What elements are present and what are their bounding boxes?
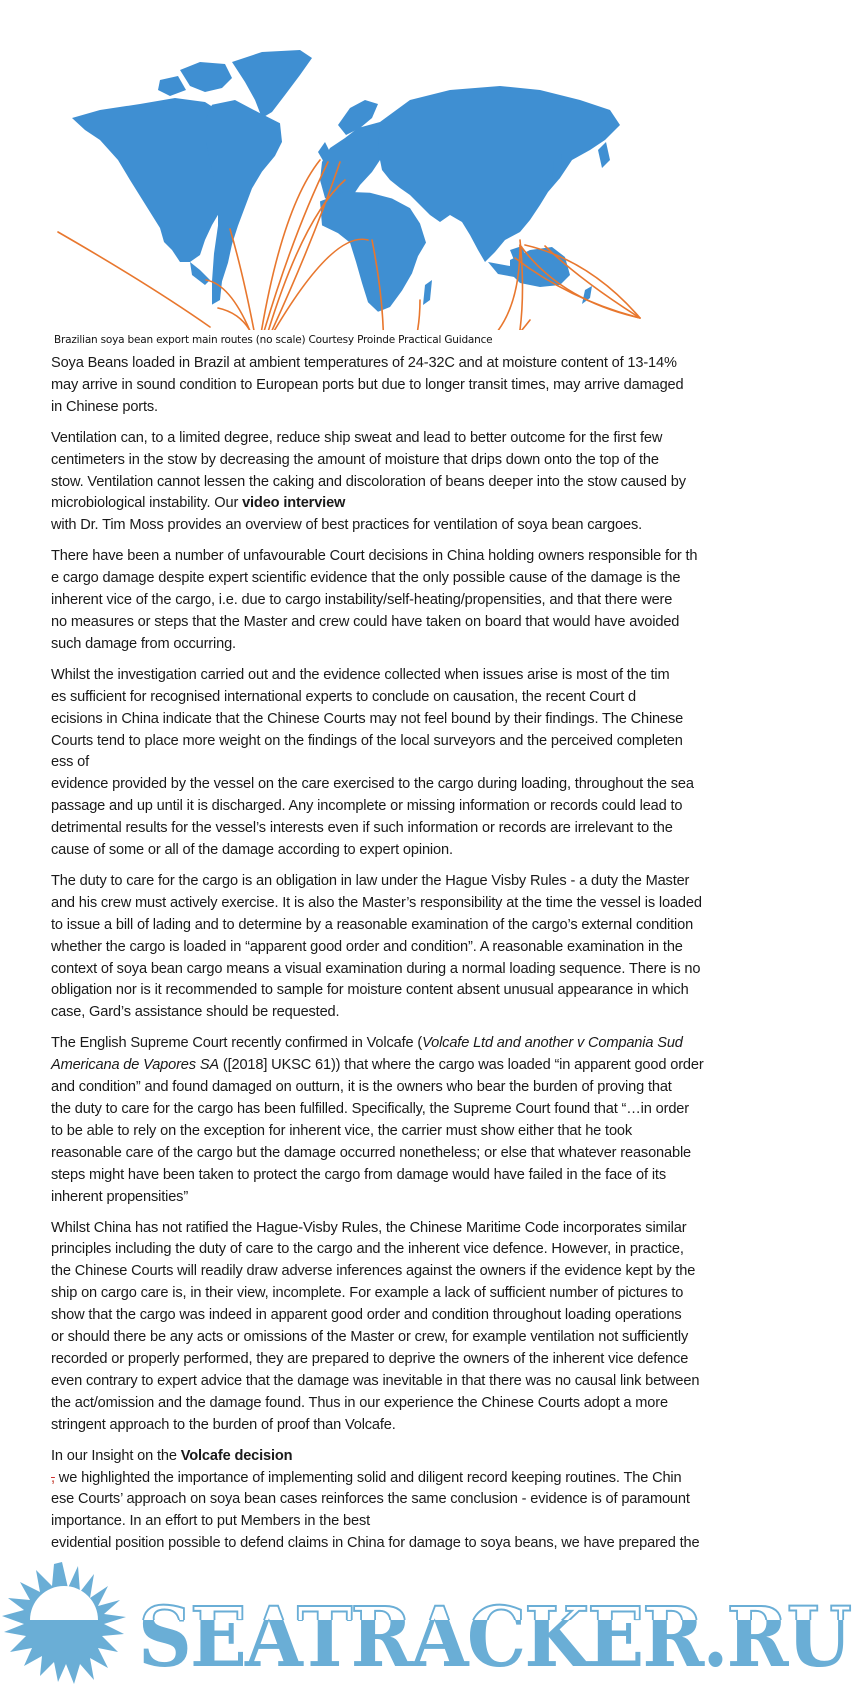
- text-line: with Dr. Tim Moss provides an overview o…: [51, 515, 811, 537]
- text-line: the act/omission and the damage found. T…: [51, 1393, 811, 1415]
- video-interview-link[interactable]: video interview: [242, 495, 345, 511]
- text-line: inherent propensities”: [51, 1187, 811, 1209]
- text-line: Soya Beans loaded in Brazil at ambient t…: [51, 353, 811, 375]
- text-fragment: we highlighted the importance of impleme…: [55, 1470, 682, 1486]
- text-line: Whilst the investigation carried out and…: [51, 665, 811, 687]
- text-line: There have been a number of unfavourable…: [51, 546, 811, 568]
- text-line: ese Courts’ approach on soya bean cases …: [51, 1489, 811, 1511]
- text-fragment: ([2018] UKSC 61)) that where the cargo w…: [219, 1057, 704, 1073]
- text-fragment: The English Supreme Court recently confi…: [51, 1035, 422, 1051]
- text-line: e cargo damage despite expert scientific…: [51, 568, 811, 590]
- text-line: The duty to care for the cargo is an obl…: [51, 871, 811, 893]
- text-line: and his crew must actively exercise. It …: [51, 893, 811, 915]
- paragraph-duty-to-care: The duty to care for the cargo is an obl…: [51, 871, 811, 1024]
- text-line: to be able to rely on the exception for …: [51, 1121, 811, 1143]
- world-landmass: [72, 50, 620, 312]
- soya-export-routes-map: [0, 0, 868, 330]
- text-line: no measures or steps that the Master and…: [51, 612, 811, 634]
- text-line: and condition” and found damaged on outt…: [51, 1077, 811, 1099]
- text-line: show that the cargo was indeed in appare…: [51, 1305, 811, 1327]
- text-line: recorded or properly performed, they are…: [51, 1349, 811, 1371]
- text-line: ship on cargo care is, in their view, in…: [51, 1283, 811, 1305]
- seatracker-watermark: SEATRACKER.RU SEATRACKER.RU: [0, 1562, 868, 1684]
- paragraph-soya-transit: Soya Beans loaded in Brazil at ambient t…: [51, 353, 811, 419]
- text-line: evidential position possible to defend c…: [51, 1533, 811, 1555]
- text-line: principles including the duty of care to…: [51, 1239, 811, 1261]
- text-line: the Chinese Courts will readily draw adv…: [51, 1261, 811, 1283]
- text-line: importance. In an effort to put Members …: [51, 1511, 811, 1533]
- text-line: stow. Ventilation cannot lessen the caki…: [51, 472, 811, 494]
- paragraph-volcafe-ruling: The English Supreme Court recently confi…: [51, 1033, 811, 1208]
- article-body: Soya Beans loaded in Brazil at ambient t…: [51, 353, 811, 1564]
- paragraph-insight: In our Insight on the Volcafe decision ,…: [51, 1446, 811, 1556]
- watermark-text: SEATRACKER.RU SEATRACKER.RU: [138, 1590, 850, 1684]
- case-citation: Volcafe Ltd and another v Compania Sud: [422, 1035, 683, 1051]
- text-line: cause of some or all of the damage accor…: [51, 840, 811, 862]
- paragraph-chinese-maritime-code: Whilst China has not ratified the Hague-…: [51, 1218, 811, 1437]
- text-line: The English Supreme Court recently confi…: [51, 1033, 811, 1055]
- paragraph-investigation: Whilst the investigation carried out and…: [51, 665, 811, 862]
- case-citation: Americana de Vapores SA: [51, 1057, 219, 1073]
- text-line: such damage from occurring.: [51, 634, 811, 656]
- text-line: es sufficient for recognised internation…: [51, 687, 811, 709]
- text-line: , we highlighted the importance of imple…: [51, 1468, 811, 1490]
- text-line: or should there be any acts or omissions…: [51, 1327, 811, 1349]
- text-line: detrimental results for the vessel’s int…: [51, 818, 811, 840]
- text-line: microbiological instability. Our video i…: [51, 493, 811, 515]
- text-line: may arrive in sound condition to Europea…: [51, 375, 811, 397]
- map-caption: Brazilian soya bean export main routes (…: [54, 334, 492, 346]
- text-line: evidence provided by the vessel on the c…: [51, 774, 811, 796]
- text-line: Ventilation can, to a limited degree, re…: [51, 428, 811, 450]
- text-line: centimeters in the stow by decreasing th…: [51, 450, 811, 472]
- text-line: steps might have been taken to protect t…: [51, 1165, 811, 1187]
- text-line: passage and up until it is discharged. A…: [51, 796, 811, 818]
- sun-icon: [2, 1562, 126, 1684]
- text-line: in Chinese ports.: [51, 397, 811, 419]
- text-line: obligation nor is it recommended to samp…: [51, 980, 811, 1002]
- text-line: reasonable care of the cargo but the dam…: [51, 1143, 811, 1165]
- text-line: Americana de Vapores SA ([2018] UKSC 61)…: [51, 1055, 811, 1077]
- text-fragment: In our Insight on the: [51, 1448, 181, 1464]
- paragraph-court-decisions: There have been a number of unfavourable…: [51, 546, 811, 656]
- text-line: Courts tend to place more weight on the …: [51, 731, 811, 753]
- text-line: the duty to care for the cargo has been …: [51, 1099, 811, 1121]
- text-line: Whilst China has not ratified the Hague-…: [51, 1218, 811, 1240]
- text-line: ecisions in China indicate that the Chin…: [51, 709, 811, 731]
- text-line: even contrary to expert advice that the …: [51, 1371, 811, 1393]
- text-line: In our Insight on the Volcafe decision: [51, 1446, 811, 1468]
- text-line: context of soya bean cargo means a visua…: [51, 959, 811, 981]
- paragraph-ventilation: Ventilation can, to a limited degree, re…: [51, 428, 811, 538]
- text-fragment: microbiological instability. Our: [51, 495, 242, 511]
- text-line: whether the cargo is loaded in “apparent…: [51, 937, 811, 959]
- text-line: to issue a bill of lading and to determi…: [51, 915, 811, 937]
- text-line: case, Gard’s assistance should be reques…: [51, 1002, 811, 1024]
- volcafe-decision-link[interactable]: Volcafe decision: [181, 1448, 293, 1464]
- text-line: stringent approach to the burden of proo…: [51, 1415, 811, 1437]
- text-line: ess of: [51, 752, 811, 774]
- text-line: inherent vice of the cargo, i.e. due to …: [51, 590, 811, 612]
